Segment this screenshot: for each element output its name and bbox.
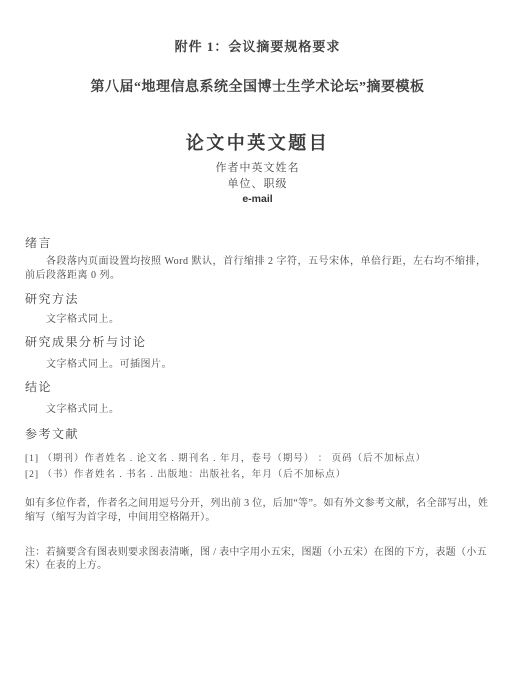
section-heading-references: 参考文献 — [25, 427, 490, 441]
forum-template-heading: 第八届“地理信息系统全国博士生学术论坛”摘要模板 — [25, 80, 490, 95]
section-heading-methods: 研究方法 — [25, 292, 490, 306]
reference-item-2: [2] （书）作者姓名 . 书名 . 出版地：出版社名，年月（后不加标点） — [25, 467, 490, 483]
conclusion-paragraph: 文字格式同上。 — [25, 403, 490, 417]
email-line: e-mail — [25, 193, 490, 205]
reference-item-1: [1] （期刊）作者姓名 . 论文名 . 期刊名 . 年月，卷号（期号） ： 页… — [25, 451, 490, 467]
section-heading-conclusion: 结论 — [25, 380, 490, 394]
author-line: 作者中英文姓名 — [25, 162, 490, 174]
section-heading-results: 研究成果分析与讨论 — [25, 335, 490, 349]
affiliation-line: 单位、职级 — [25, 178, 490, 190]
methods-paragraph: 文字格式同上。 — [25, 313, 490, 327]
section-heading-introduction: 绪言 — [25, 236, 490, 250]
introduction-paragraph: 各段落内页面设置均按照 Word 默认，首行缩排 2 字符，五号宋体，单倍行距，… — [25, 255, 490, 283]
results-paragraph: 文字格式同上。可插图片。 — [25, 358, 490, 372]
paper-title: 论文中英文题目 — [25, 133, 490, 153]
document-page: 附件 1：会议摘要规格要求 第八届“地理信息系统全国博士生学术论坛”摘要模板 论… — [0, 0, 516, 700]
authors-note-paragraph: 如有多位作者，作者名之间用逗号分开，列出前 3 位，后加“等”。如有外文参考文献… — [25, 497, 490, 524]
attachment-heading: 附件 1：会议摘要规格要求 — [25, 40, 490, 54]
figures-note-paragraph: 注：若摘要含有图表则要求图表清晰，图 / 表中字用小五宋，图题（小五宋）在图的下… — [25, 546, 490, 572]
